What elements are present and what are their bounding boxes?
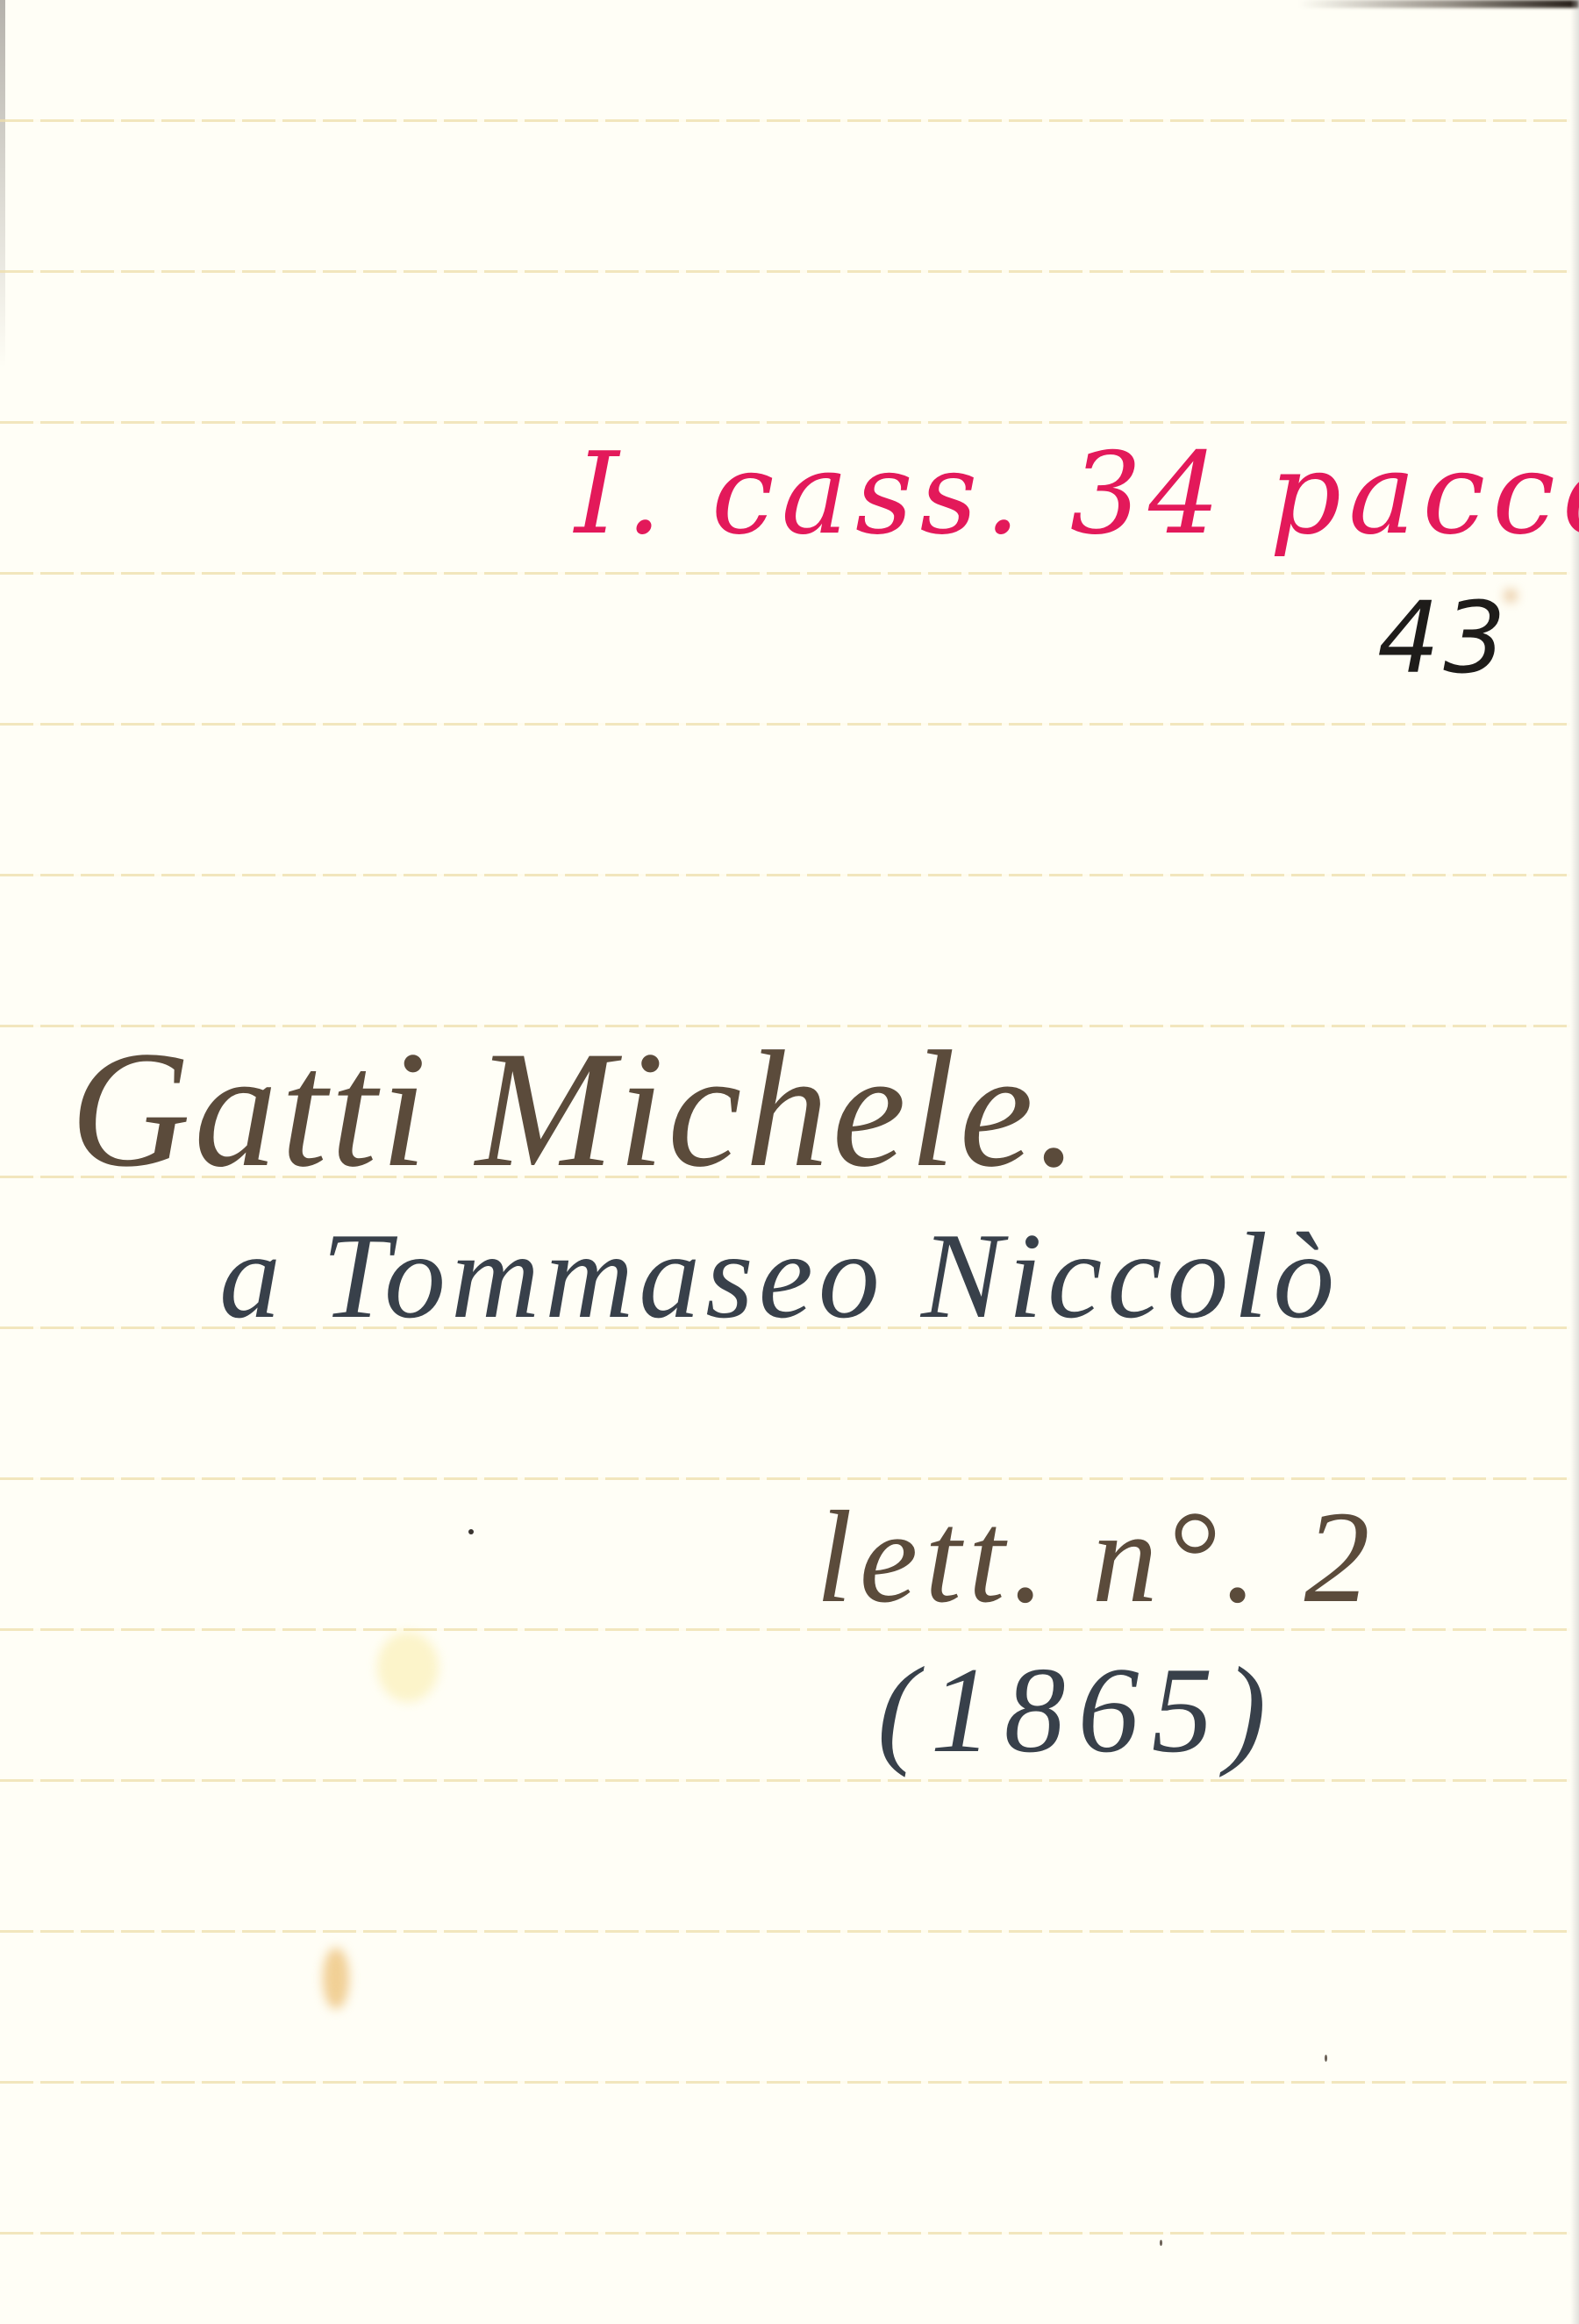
ruled-line <box>0 421 1570 424</box>
scan-shadow-left <box>0 0 5 368</box>
ruled-line <box>0 572 1570 575</box>
ruled-line <box>0 723 1570 726</box>
ruled-line <box>0 1477 1570 1480</box>
ruled-line <box>0 270 1570 273</box>
card-edge-right <box>1570 0 1579 2324</box>
ruled-line <box>0 2081 1570 2084</box>
ruled-line <box>0 2232 1570 2235</box>
recipient-name: a Tommaseo Niccolò <box>219 1215 1340 1338</box>
ruled-line <box>0 1779 1570 1782</box>
stain-mid-left <box>377 1632 439 1702</box>
ink-speck <box>468 1529 474 1534</box>
ink-speck <box>1160 2240 1162 2246</box>
letter-year: (1865) <box>877 1649 1278 1772</box>
index-card: I. cass. 34 pacco 85. 43 Gatti Michele. … <box>0 0 1579 2324</box>
scan-shadow-top <box>1298 0 1579 8</box>
author-name: Gatti Michele. <box>70 1026 1082 1193</box>
ruled-line <box>0 1930 1570 1933</box>
ruled-line <box>0 119 1570 122</box>
folder-number: 43 <box>1377 590 1510 688</box>
ruled-line <box>0 874 1570 876</box>
stain-bottom-left <box>323 1948 349 2009</box>
letter-count: lett. n°. 2 <box>816 1491 1377 1623</box>
shelfmark-text: I. cass. 34 pacco 85. <box>575 439 1579 551</box>
ink-speck <box>1325 2055 1327 2062</box>
